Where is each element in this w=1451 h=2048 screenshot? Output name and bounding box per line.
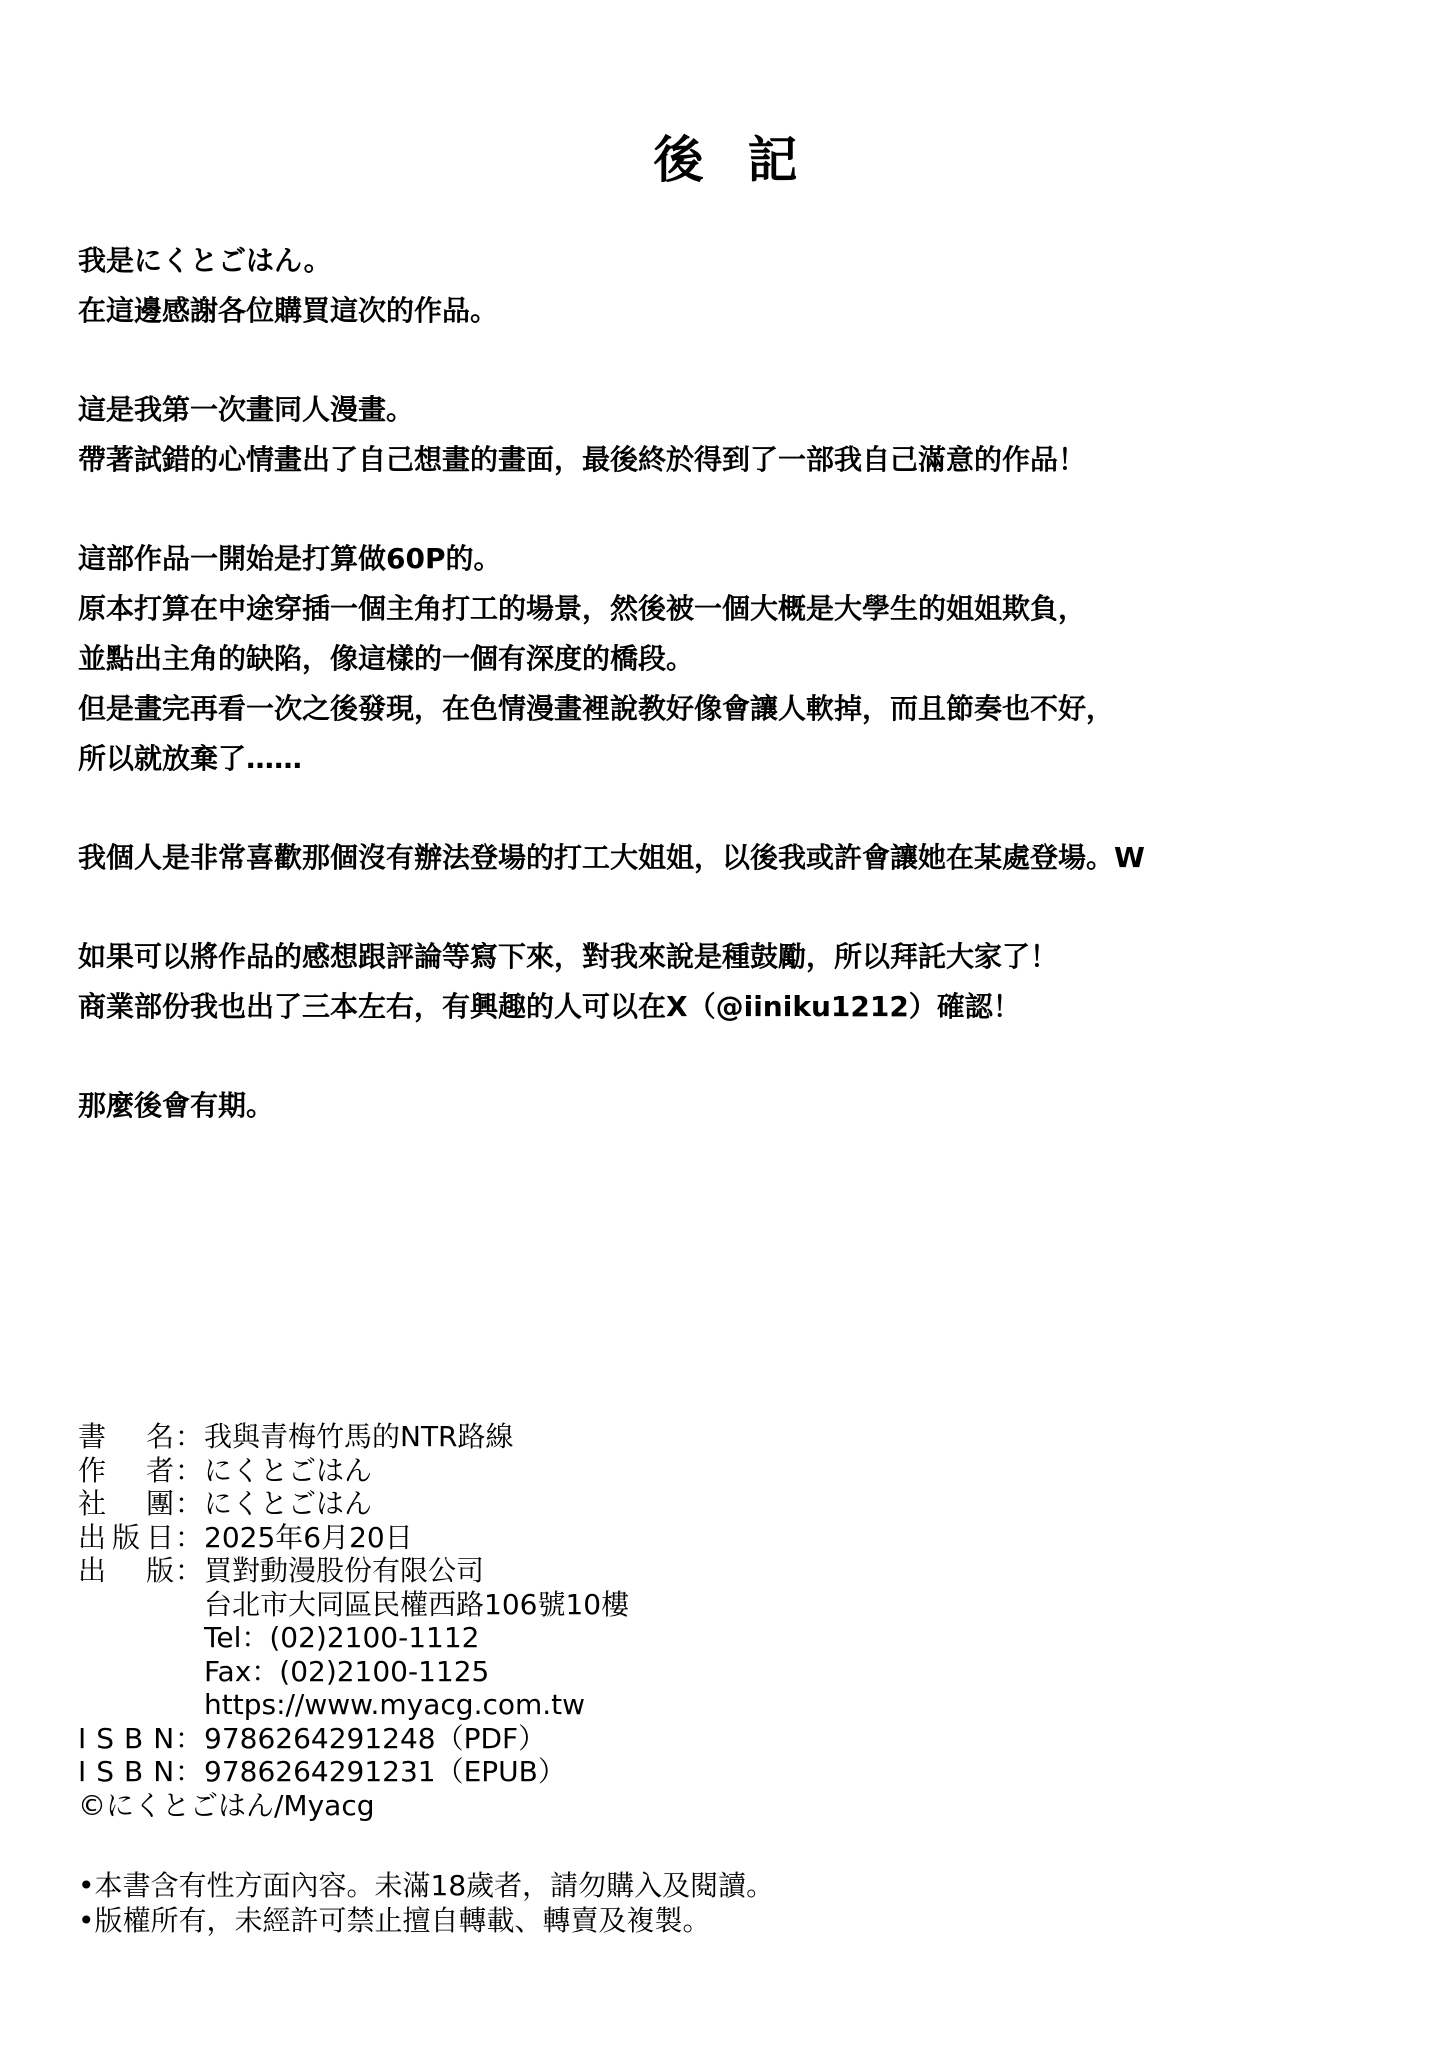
- publish-date-value: 2025年6月20日: [204, 1521, 413, 1555]
- colophon-book-title: 書名 ： 我與青梅竹馬的NTR路線: [78, 1420, 629, 1454]
- colophon: 書名 ： 我與青梅竹馬的NTR路線 作者 ： にくとごはん 社團 ： にくとごは…: [78, 1420, 629, 1822]
- text-line: 所以就放棄了……: [78, 734, 1418, 784]
- colon: ：: [174, 1722, 204, 1756]
- text-line: 帶著試錯的心情畫出了自己想畫的畫面，最後終於得到了一部我自己滿意的作品！: [78, 435, 1418, 485]
- paragraph-first-doujin: 這是我第一次畫同人漫畫。 帶著試錯的心情畫出了自己想畫的畫面，最後終於得到了一部…: [78, 385, 1418, 485]
- legal-notes: •本書含有性方面內容。未滿18歲者，請勿購入及閱讀。 •版權所有，未經許可禁止擅…: [78, 1868, 774, 1938]
- text-line: 但是畫完再看一次之後發現，在色情漫畫裡說教好像會讓人軟掉，而且節奏也不好，: [78, 684, 1418, 734]
- colophon-publisher-address: 台北市大同區民權西路106號10樓: [78, 1588, 629, 1622]
- colophon-publisher-website: https://www.myacg.com.tw: [78, 1688, 629, 1722]
- author-value: にくとごはん: [204, 1454, 372, 1488]
- colophon-publisher-tel: Tel：(02)2100-1112: [78, 1621, 629, 1655]
- paragraph-character: 我個人是非常喜歡那個沒有辦法登場的打工大姐姐，以後我或許會讓她在某處登場。W: [78, 833, 1418, 883]
- colon: ：: [174, 1420, 204, 1454]
- colophon-label: 書名: [78, 1420, 174, 1454]
- copyright-note: •版權所有，未經許可禁止擅自轉載、轉賣及複製。: [78, 1903, 774, 1938]
- copyright-text: ©にくとごはん/Myacg: [78, 1789, 375, 1823]
- colon: ：: [174, 1755, 204, 1789]
- paragraph-request: 如果可以將作品的感想跟評論等寫下來，對我來說是種鼓勵，所以拜託大家了！ 商業部份…: [78, 932, 1418, 1032]
- circle-value: にくとごはん: [204, 1487, 372, 1521]
- text-line: 我個人是非常喜歡那個沒有辦法登場的打工大姐姐，以後我或許會讓她在某處登場。W: [78, 833, 1418, 883]
- publisher-name: 買對動漫股份有限公司: [204, 1554, 484, 1588]
- publisher-address: 台北市大同區民權西路106號10樓: [204, 1588, 629, 1622]
- text-line: 在這邊感謝各位購買這次的作品。: [78, 286, 1418, 336]
- afterword-body: 我是にくとごはん。 在這邊感謝各位購買這次的作品。 這是我第一次畫同人漫畫。 帶…: [78, 236, 1418, 1180]
- isbn-pdf-value: 9786264291248（PDF）: [204, 1722, 546, 1756]
- colophon-author: 作者 ： にくとごはん: [78, 1454, 629, 1488]
- colon: ：: [174, 1487, 204, 1521]
- paragraph-plan: 這部作品一開始是打算做60P的。 原本打算在中途穿插一個主角打工的場景，然後被一…: [78, 534, 1418, 784]
- text-line: 原本打算在中途穿插一個主角打工的場景，然後被一個大概是大學生的姐姐欺負，: [78, 584, 1418, 634]
- colophon-publisher-fax: Fax：(02)2100-1125: [78, 1655, 629, 1689]
- colon: ：: [174, 1521, 204, 1555]
- colophon-label: 出版日: [78, 1521, 174, 1555]
- isbn-label: ISBN: [78, 1755, 174, 1789]
- isbn-label: ISBN: [78, 1722, 174, 1756]
- colophon-publish-date: 出版日 ： 2025年6月20日: [78, 1521, 629, 1555]
- text-line: 如果可以將作品的感想跟評論等寫下來，對我來說是種鼓勵，所以拜託大家了！: [78, 932, 1418, 982]
- colophon-label: 出版: [78, 1554, 174, 1588]
- text-line: 並點出主角的缺陷，像這樣的一個有深度的橋段。: [78, 634, 1418, 684]
- text-line: 我是にくとごはん。: [78, 236, 1418, 286]
- paragraph-greeting: 我是にくとごはん。 在這邊感謝各位購買這次的作品。: [78, 236, 1418, 336]
- book-title-value: 我與青梅竹馬的NTR路線: [204, 1420, 514, 1454]
- text-line: 商業部份我也出了三本左右，有興趣的人可以在X（@iiniku1212）確認！: [78, 982, 1418, 1032]
- text-line: 這是我第一次畫同人漫畫。: [78, 385, 1418, 435]
- colophon-isbn-pdf: ISBN ： 9786264291248（PDF）: [78, 1722, 629, 1756]
- publisher-website-link[interactable]: https://www.myacg.com.tw: [204, 1688, 585, 1722]
- colophon-circle: 社團 ： にくとごはん: [78, 1487, 629, 1521]
- age-restriction-note: •本書含有性方面內容。未滿18歲者，請勿購入及閱讀。: [78, 1868, 774, 1903]
- publisher-fax: Fax：(02)2100-1125: [204, 1655, 489, 1689]
- text-line: 這部作品一開始是打算做60P的。: [78, 534, 1418, 584]
- page-title: 後記: [0, 130, 1451, 190]
- colophon-copyright: ©にくとごはん/Myacg: [78, 1789, 629, 1823]
- colon: ：: [174, 1454, 204, 1488]
- text-line: 那麼後會有期。: [78, 1081, 1418, 1131]
- paragraph-farewell: 那麼後會有期。: [78, 1081, 1418, 1131]
- colophon-isbn-epub: ISBN ： 9786264291231（EPUB）: [78, 1755, 629, 1789]
- colophon-label: 作者: [78, 1454, 174, 1488]
- publisher-tel: Tel：(02)2100-1112: [204, 1621, 479, 1655]
- colophon-publisher: 出版 ： 買對動漫股份有限公司: [78, 1554, 629, 1588]
- colon: ：: [174, 1554, 204, 1588]
- colophon-label: 社團: [78, 1487, 174, 1521]
- isbn-epub-value: 9786264291231（EPUB）: [204, 1755, 566, 1789]
